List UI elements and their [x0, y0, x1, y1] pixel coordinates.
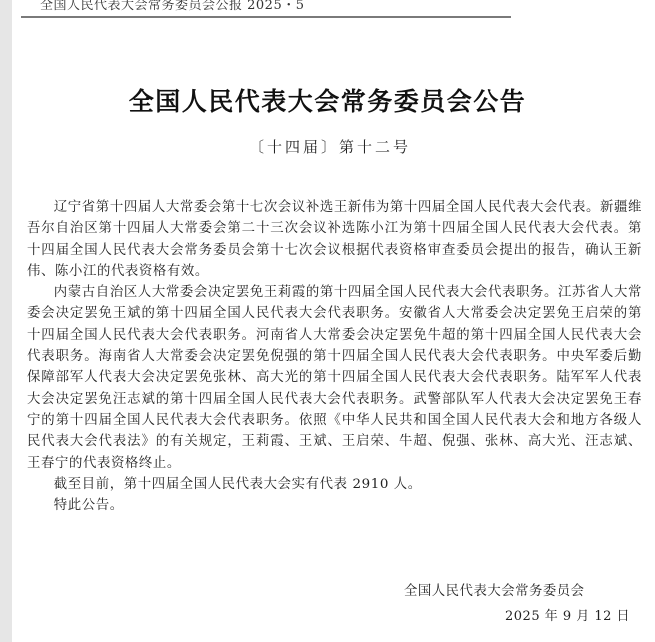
- signature-date: 2025 年 9 月 12 日: [505, 605, 630, 624]
- header-rule: [21, 16, 511, 18]
- paragraph-by-elections: 辽宁省第十四届人大常委会第十七次会议补选王新伟为第十四届全国人民代表大会代表。新…: [27, 197, 642, 282]
- running-header: 全国人民代表大会常务委员会公报 2025・5: [40, 0, 305, 13]
- paragraph-deputy-count: 截至目前，第十四届全国人民代表大会实有代表 2910 人。: [27, 474, 642, 495]
- paragraph-closing: 特此公告。: [27, 495, 642, 516]
- announcement-number: 〔十四届〕第十二号: [0, 136, 655, 157]
- paragraph-removals: 内蒙古自治区人大常委会决定罢免王莉霞的第十四届全国人民代表大会代表职务。江苏省人…: [27, 282, 642, 474]
- announcement-title: 全国人民代表大会常务委员会公告: [0, 82, 655, 118]
- announcement-body: 辽宁省第十四届人大常委会第十七次会议补选王新伟为第十四届全国人民代表大会代表。新…: [27, 197, 642, 516]
- signature-organization: 全国人民代表大会常务委员会: [404, 580, 585, 599]
